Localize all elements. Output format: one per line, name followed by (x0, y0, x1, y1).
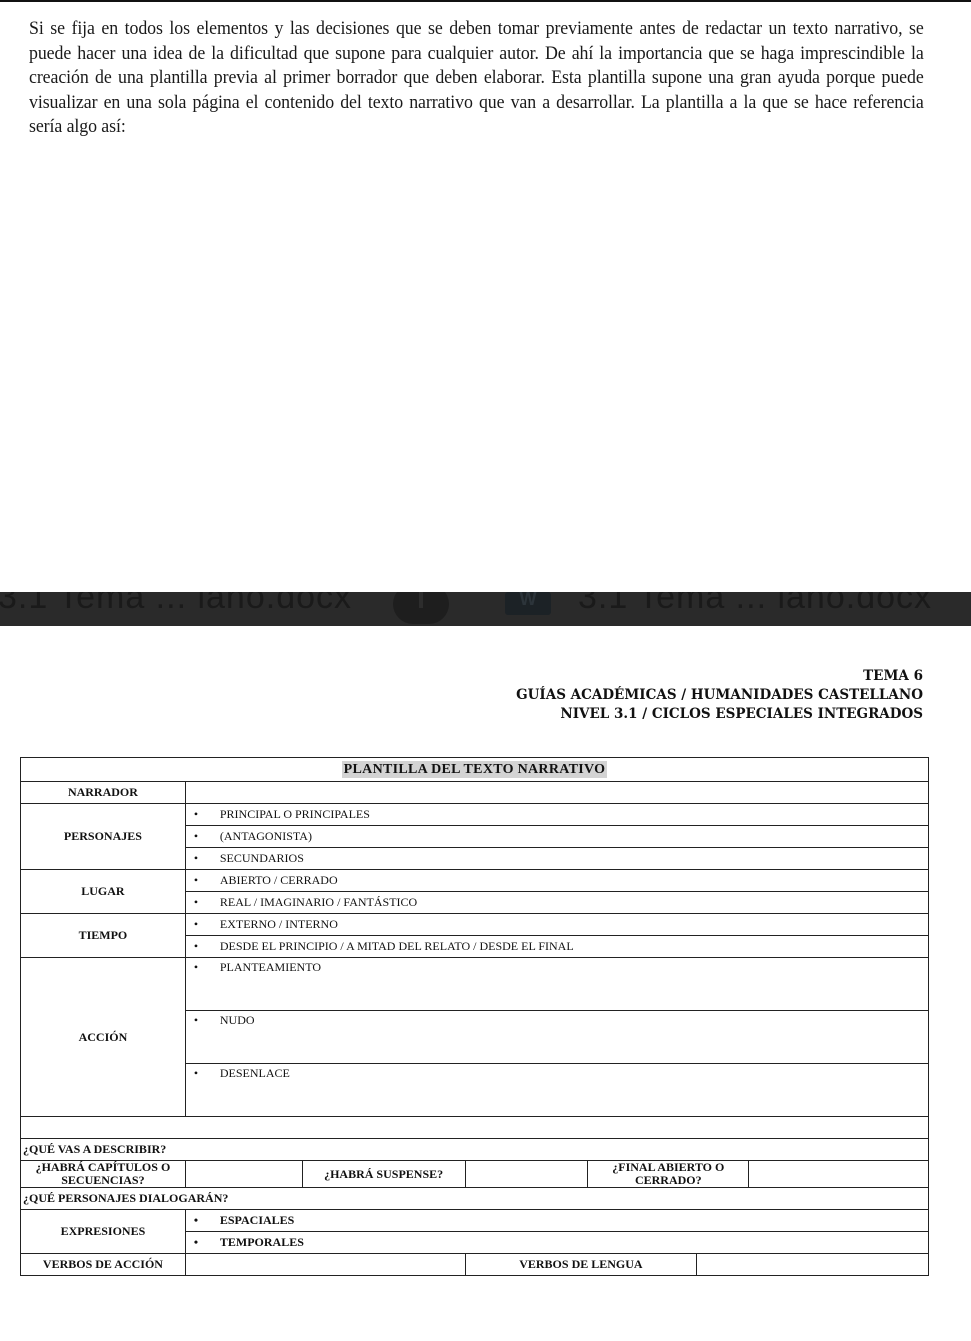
tiempo-item[interactable]: •DESDE EL PRINCIPIO / A MITAD DEL RELATO… (185, 936, 928, 958)
word-icon[interactable]: W (505, 592, 551, 615)
narrative-template-table: PLANTILLA DEL TEXTO NARRATIVO NARRADOR P… (20, 757, 929, 1276)
capitulos-field[interactable] (185, 1161, 302, 1188)
dialogaran-row[interactable]: ¿QUÉ PERSONAJES DIALOGARÁN? (21, 1188, 929, 1210)
suspense-label: ¿HABRÁ SUSPENSE? (302, 1161, 465, 1188)
expresiones-item[interactable]: •TEMPORALES (185, 1232, 928, 1254)
expresiones-label: EXPRESIONES (21, 1210, 186, 1254)
suspense-field[interactable] (465, 1161, 588, 1188)
personajes-item[interactable]: •(ANTAGONISTA) (185, 826, 928, 848)
capitulos-label: ¿HABRÁ CAPÍTULOS O SECUENCIAS? (21, 1161, 186, 1188)
document-header: TEMA 6 GUÍAS ACADÉMICAS / HUMANIDADES CA… (516, 667, 923, 724)
lugar-item[interactable]: •ABIERTO / CERRADO (185, 870, 928, 892)
verbos-lengua-label: VERBOS DE LENGUA (465, 1254, 697, 1276)
accion-item[interactable]: •DESENLACE (185, 1064, 928, 1117)
verbos-accion-label: VERBOS DE ACCIÓN (21, 1254, 186, 1276)
final-field[interactable] (749, 1161, 929, 1188)
top-rule (0, 0, 971, 2)
lugar-label: LUGAR (21, 870, 186, 914)
template-title-cell: PLANTILLA DEL TEXTO NARRATIVO (21, 758, 929, 782)
filename-right[interactable]: 3.1 Tema ... lano.docx (578, 592, 932, 617)
share-icon[interactable] (393, 592, 449, 624)
verbos-lengua-field[interactable] (697, 1254, 929, 1276)
header-topic: TEMA 6 (516, 667, 923, 686)
expresiones-item[interactable]: •ESPACIALES (185, 1210, 928, 1232)
tiempo-item[interactable]: •EXTERNO / INTERNO (185, 914, 928, 936)
accion-item[interactable]: •PLANTEAMIENTO (185, 958, 928, 1011)
personajes-item[interactable]: •PRINCIPAL O PRINCIPALES (185, 804, 928, 826)
narrador-label: NARRADOR (21, 782, 186, 804)
personajes-label: PERSONAJES (21, 804, 186, 870)
verbos-accion-field[interactable] (185, 1254, 465, 1276)
lugar-item[interactable]: •REAL / IMAGINARIO / FANTÁSTICO (185, 892, 928, 914)
narrador-field[interactable] (185, 782, 928, 804)
header-level: NIVEL 3.1 / CICLOS ESPECIALES INTEGRADOS (516, 705, 923, 724)
describir-row[interactable]: ¿QUÉ VAS A DESCRIBIR? (21, 1139, 929, 1161)
template-title: PLANTILLA DEL TEXTO NARRATIVO (342, 761, 608, 778)
document-viewer-bar: 3.1 Tema ... lano.docx W 3.1 Tema ... la… (0, 592, 971, 626)
header-guide: GUÍAS ACADÉMICAS / HUMANIDADES CASTELLAN… (516, 686, 923, 705)
filename-left[interactable]: 3.1 Tema ... lano.docx (0, 592, 352, 617)
personajes-item[interactable]: •SECUNDARIOS (185, 848, 928, 870)
final-label: ¿FINAL ABIERTO O CERRADO? (588, 1161, 749, 1188)
tiempo-label: TIEMPO (21, 914, 186, 958)
accion-label: ACCIÓN (21, 958, 186, 1117)
accion-item[interactable]: •NUDO (185, 1011, 928, 1064)
intro-paragraph: Si se fija en todos los elementos y las … (29, 17, 924, 140)
empty-row[interactable] (21, 1117, 929, 1139)
